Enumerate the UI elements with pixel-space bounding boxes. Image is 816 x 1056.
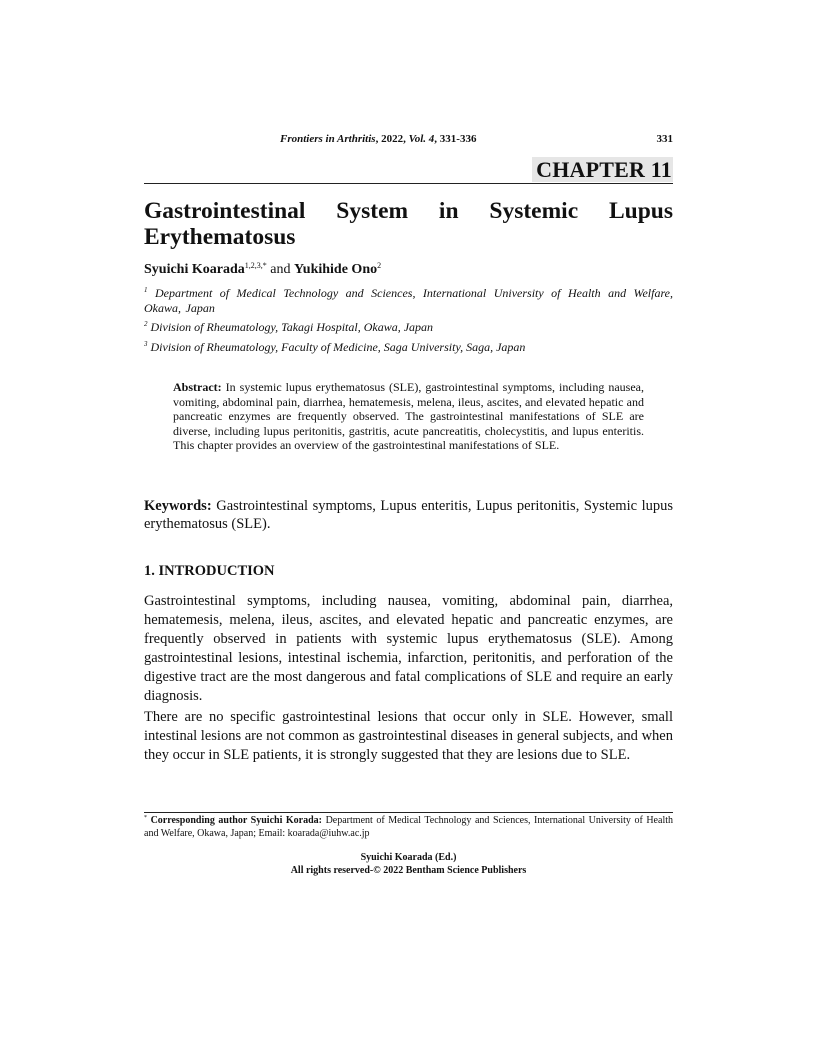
journal-pages: 331-336 [440, 133, 477, 145]
chapter-header: CHAPTER 11 [144, 157, 673, 184]
footnote-label: Corresponding author Syuichi Korada: [151, 815, 322, 826]
affiliation-item: 3 Division of Rheumatology, Faculty of M… [144, 340, 673, 355]
footnote-mark: * [144, 815, 147, 821]
corresponding-author-footnote: * Corresponding author Syuichi Korada: D… [144, 815, 673, 840]
affiliation-number: 3 [144, 340, 148, 348]
section-heading: 1. INTRODUCTION [144, 562, 275, 580]
affiliation-item: 2 Division of Rheumatology, Takagi Hospi… [144, 320, 673, 335]
page-number: 331 [657, 132, 674, 146]
author-affiliation-marks: 2 [377, 261, 381, 270]
abstract-text: In systemic lupus erythematosus (SLE), g… [173, 380, 644, 452]
affiliation-number: 1 [144, 286, 148, 294]
body-paragraph: There are no specific gastrointestinal l… [144, 708, 673, 765]
chapter-label: CHAPTER 11 [532, 157, 673, 182]
affiliation-text: Division of Rheumatology, Faculty of Med… [151, 340, 526, 354]
abstract-label: Abstract: [173, 380, 222, 394]
affiliation-number: 2 [144, 320, 148, 328]
keywords-text: Gastrointestinal symptoms, Lupus enterit… [144, 498, 673, 532]
title-line-2: Erythematosus [144, 224, 295, 250]
editor-line: Syuichi Koarada (Ed.) [144, 852, 673, 865]
rights-line: All rights reserved-© 2022 Bentham Scien… [144, 865, 673, 878]
author-affiliation-marks: 1,2,3,* [245, 261, 267, 270]
author-name: Yukihide Ono [294, 262, 377, 277]
keywords-label: Keywords: [144, 498, 212, 514]
footnote-divider [144, 812, 673, 813]
affiliation-text: Department of Medical Technology and Sci… [144, 286, 673, 315]
journal-citation: Frontiers in Arthritis, 2022, Vol. 4, 33… [280, 132, 476, 146]
journal-year: 2022 [381, 133, 403, 145]
journal-volume: Vol. 4 [409, 133, 435, 145]
body-paragraph: Gastrointestinal symptoms, including nau… [144, 592, 673, 706]
journal-name: Frontiers in Arthritis [280, 133, 376, 145]
author-connector: and [270, 262, 290, 277]
author-list: Syuichi Koarada1,2,3,* and Yukihide Ono2 [144, 262, 381, 278]
affiliation-text: Division of Rheumatology, Takagi Hospita… [151, 320, 434, 334]
author-name: Syuichi Koarada [144, 262, 245, 277]
keywords: Keywords: Gastrointestinal symptoms, Lup… [144, 497, 673, 533]
publisher-block: Syuichi Koarada (Ed.) All rights reserve… [144, 852, 673, 877]
chapter-title: Gastrointestinal System in Systemic Lupu… [144, 198, 673, 250]
affiliation-item: 1 Department of Medical Technology and S… [144, 286, 673, 316]
title-line-1: Gastrointestinal System in Systemic Lupu… [144, 198, 673, 224]
abstract: Abstract: In systemic lupus erythematosu… [173, 380, 644, 453]
